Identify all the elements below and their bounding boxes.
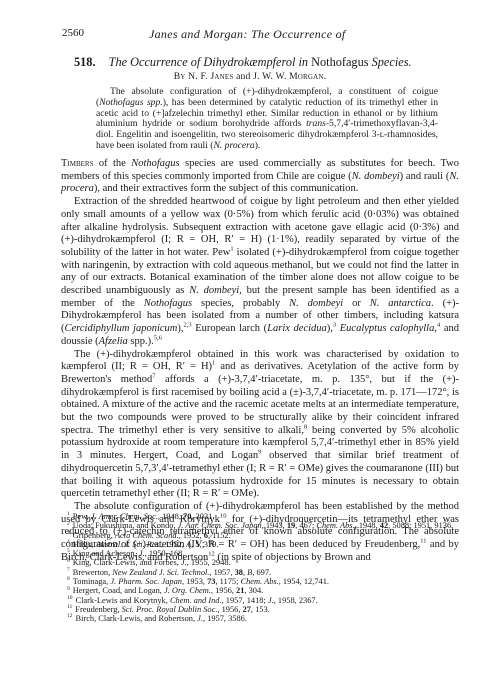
text: , 1957, 3586. <box>203 614 247 623</box>
text: , 304. <box>244 586 263 595</box>
volume: 19 <box>287 521 295 530</box>
italic: N. dombeyi <box>352 171 400 182</box>
footnote-9: 9Hergert, Coad, and Logan, J. Org. Chem.… <box>61 586 459 595</box>
ref-mark[interactable]: 2,3 <box>184 322 192 329</box>
article-heading: 518. The Occurrence of Dihydrokæmpferol … <box>74 55 454 70</box>
text: Uoda, Fukushima, and Kondo, <box>73 521 178 530</box>
footnote-number: 2 <box>67 521 70 527</box>
journal-name: Sci. Proc. Royal Dublin Soc. <box>122 605 218 614</box>
footnote-8: 8Tominaga, J. Pharm. Soc. Japan, 1953, 7… <box>61 577 459 586</box>
byline-and: and <box>236 71 250 82</box>
text: , 1955, 2948. <box>187 558 231 567</box>
italic: N. dombeyi <box>189 285 239 296</box>
text: King, Clark-Lewis, and Forbes, <box>73 558 181 567</box>
text: Birch, Clark-Lewis, and Robertson, <box>76 614 198 623</box>
abstract-italic: N. procera <box>213 140 254 151</box>
footnotes: 1Pew, J. Amer. Chem. Soc., 1948, 70, 303… <box>61 512 459 624</box>
body-text: Timbers of the Nothofagus species are us… <box>61 158 459 565</box>
footnote-11: 11Freudenberg, Sci. Proc. Royal Dublin S… <box>61 605 459 614</box>
text: , 1956, <box>211 586 236 595</box>
text: , 1175; <box>215 577 240 586</box>
text: spp.). <box>128 336 154 347</box>
page-number: 2560 <box>62 27 84 39</box>
text: , 1943, <box>262 521 287 530</box>
italic: Nothofagus <box>144 298 192 309</box>
text: Brewerton, <box>73 568 113 577</box>
text: species, probably <box>192 298 289 309</box>
footnote-10: 10Clark-Lewis and Korytnyk, Chem. and In… <box>61 596 459 605</box>
text: , 1952, <box>179 531 204 540</box>
text: , 1957, 1418; <box>222 596 268 605</box>
author-1: N. F. Janes <box>188 71 233 82</box>
byline: By N. F. Janes and J. W. W. Morgan. <box>0 71 500 82</box>
journal-name: J. Agr. Chem. Soc. Japan <box>178 521 262 530</box>
footnote-number: 4 <box>67 539 70 545</box>
text: Tominaga, <box>73 577 111 586</box>
italic: Cercidiphyllum japonicum <box>65 323 178 334</box>
text: , 1952, <box>161 540 186 549</box>
text: , 1956, <box>217 605 242 614</box>
journal-name: Chem. Abs. <box>241 577 279 586</box>
text: Pew, <box>73 512 91 521</box>
footnote-1: 1Pew, J. Amer. Chem. Soc., 1948, 70, 303… <box>61 512 459 521</box>
author-2: J. W. W. Morgan. <box>253 71 326 82</box>
paragraph-2: Extraction of the shredded heartwood of … <box>61 196 459 348</box>
footnote-number: 8 <box>67 576 70 582</box>
text: , 379. <box>200 540 219 549</box>
text: European larch ( <box>192 323 268 334</box>
volume: 27 <box>243 605 251 614</box>
footnote-number: 5 <box>67 548 70 554</box>
italic: Afzelia <box>99 336 128 347</box>
volume: 42 <box>380 521 388 530</box>
footnote-number: 9 <box>67 586 70 592</box>
journal-name: J. Org. Chem. <box>164 586 211 595</box>
text: Hergert, Coad, and Logan, <box>73 586 164 595</box>
lead-word: Timbers <box>61 158 93 169</box>
text: , 1152. <box>208 531 231 540</box>
footnote-number: 10 <box>67 595 73 601</box>
journal-name: J. Pharm. Soc. Japan <box>110 577 182 586</box>
running-head: 2560 Janes and Morgan: The Occurrence of <box>61 27 459 41</box>
text: King and Acheson, <box>73 549 139 558</box>
text: Freudenberg, <box>75 605 121 614</box>
title-text: The Occurrence of Dihydrokæmpferol in <box>109 55 308 69</box>
abstract-paragraph: The absolute configuration of (+)-dihydr… <box>96 87 438 152</box>
paragraph-1: Timbers of the Nothofagus species are us… <box>61 158 459 196</box>
article-number: 518. <box>74 55 96 69</box>
footnote-7: 7Brewerton, New Zealand J. Sci. Technol.… <box>61 568 459 577</box>
text: ) and rauli ( <box>400 171 450 182</box>
journal-name: Austral. J. Sci. Res. <box>96 540 161 549</box>
text: , 1957, <box>209 568 234 577</box>
running-title: Janes and Morgan: The Occurrence of <box>149 27 346 42</box>
footnote-number: 1 <box>67 511 70 517</box>
journal-name: Chem. Abs. <box>316 521 354 530</box>
footnote-6: 6King, Clark-Lewis, and Forbes, J., 1955… <box>61 558 459 567</box>
italic: N. dombeyi <box>289 298 343 309</box>
footnote-number: 3 <box>67 530 70 536</box>
text: , 1948, <box>355 521 380 530</box>
text: Clark-Lewis and Korytnyk, <box>76 596 170 605</box>
text: , 1953, <box>182 577 207 586</box>
footnote-number: 7 <box>67 567 70 573</box>
text: or <box>343 298 370 309</box>
title-genus: Nothofagus <box>311 55 368 69</box>
text: ), and their extractives form the subjec… <box>94 183 358 194</box>
italic: Eucalyptus calophylla <box>340 323 435 334</box>
footnote-number: 11 <box>67 604 72 610</box>
text: , 1958, 2367. <box>274 596 318 605</box>
text: , 1950, 168. <box>145 549 185 558</box>
journal-name: Acta Chem. Scand. <box>115 531 179 540</box>
footnote-2: 2Uoda, Fukushima, and Kondo, J. Agr. Che… <box>61 521 459 530</box>
footnote-3: 3Gripenberg, Acta Chem. Scand., 1952, 6,… <box>61 531 459 540</box>
abstract-italic: trans <box>306 118 326 129</box>
footnote-12: 12Birch, Clark-Lewis, and Robertson, J.,… <box>61 614 459 623</box>
byline-prefix: By <box>174 71 186 82</box>
text: , 1948, <box>158 512 183 521</box>
text: , 697. <box>252 568 271 577</box>
text: , 153. <box>251 605 270 614</box>
italic: Nothofagus <box>131 158 179 169</box>
text: of the <box>93 158 131 169</box>
footnote-number: 12 <box>67 613 73 619</box>
text: , 5088; 1951, 9136. <box>388 521 453 530</box>
italic: N. antarctica <box>370 298 431 309</box>
title-text-end: Species. <box>372 55 412 69</box>
text: , 3031. <box>191 512 214 521</box>
footnote-number: 6 <box>67 558 70 564</box>
text: , 467; <box>295 521 316 530</box>
volume: 38 <box>235 568 243 577</box>
ref-mark[interactable]: 5,6 <box>154 334 162 341</box>
footnote-4: 4Hillis, Austral. J. Sci. Res., 1952, A,… <box>61 540 459 549</box>
journal-name: J. Amer. Chem. Soc. <box>91 512 158 521</box>
text: Hillis, <box>73 540 96 549</box>
paragraph-3: The (+)-dihydrokæmpferol obtained in thi… <box>61 349 459 501</box>
abstract: The absolute configuration of (+)-dihydr… <box>96 87 438 152</box>
text: Gripenberg, <box>73 531 115 540</box>
article-title: The Occurrence of Dihydrokæmpferol in No… <box>109 55 412 69</box>
abstract-text: ). <box>255 140 261 151</box>
journal-name: New Zealand J. Sci. Technol. <box>112 568 209 577</box>
italic: Larix decidua <box>267 323 327 334</box>
journal-name: Chem. and Ind. <box>170 596 222 605</box>
text: , 1954, 12,741. <box>279 577 329 586</box>
abstract-italic: Nothofagus spp. <box>99 97 162 108</box>
